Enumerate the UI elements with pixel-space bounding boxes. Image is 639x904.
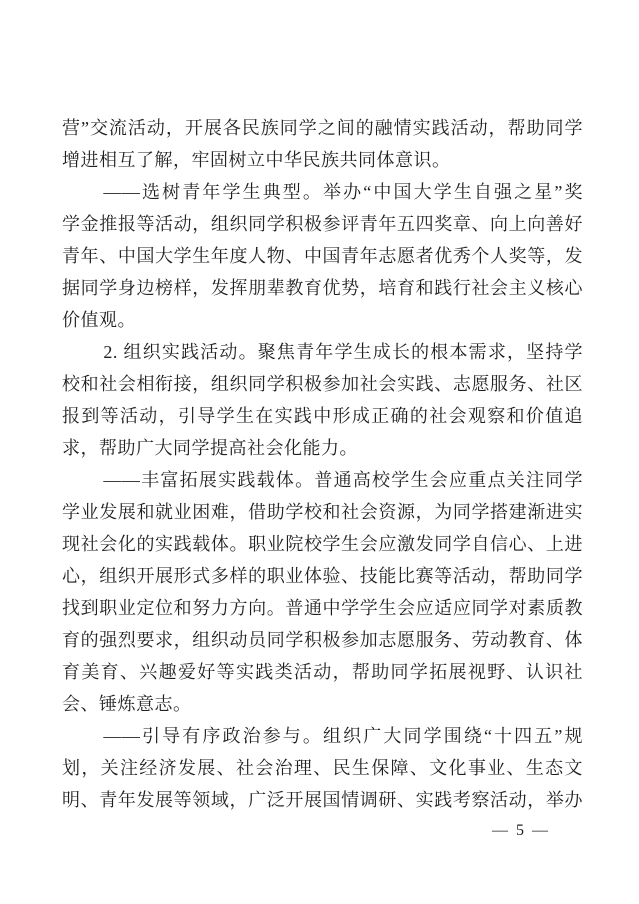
text-line: 营”交流活动，开展各民族同学之间的融情实践活动，帮助同学 (62, 112, 583, 144)
text-line: 找到职业定位和努力方向。普通中学学生会应适应同学对素质教 (62, 592, 583, 624)
text-line: 增进相互了解，牢固树立中华民族共同体意识。 (62, 144, 583, 176)
text-line: 2. 组织实践活动。聚焦青年学生成长的根本需求，坚持学 (62, 336, 583, 368)
text-line: ——选树青年学生典型。举办“中国大学生自强之星”奖 (62, 176, 583, 208)
text-line: 会、锤炼意志。 (62, 688, 583, 720)
text-line: 报到等活动，引导学生在实践中形成正确的社会观察和价值追 (62, 400, 583, 432)
page-number: — 5 — (492, 822, 550, 840)
text-line: 现社会化的实践载体。职业院校学生会应激发同学自信心、上进 (62, 528, 583, 560)
text-line: 校和社会相衔接，组织同学积极参加社会实践、志愿服务、社区 (62, 368, 583, 400)
text-line: 育的强烈要求，组织动员同学积极参加志愿服务、劳动教育、体 (62, 624, 583, 656)
text-line: 心，组织开展形式多样的职业体验、技能比赛等活动，帮助同学 (62, 560, 583, 592)
document-page: 营”交流活动，开展各民族同学之间的融情实践活动，帮助同学 增进相互了解，牢固树立… (0, 0, 639, 904)
text-line: 求，帮助广大同学提高社会化能力。 (62, 432, 583, 464)
text-line: 据同学身边榜样，发挥朋辈教育优势，培育和践行社会主义核心 (62, 272, 583, 304)
text-line: 学业发展和就业困难，借助学校和社会资源，为同学搭建渐进实 (62, 496, 583, 528)
text-line: 青年、中国大学生年度人物、中国青年志愿者优秀个人奖等，发 (62, 240, 583, 272)
text-line: 划，关注经济发展、社会治理、民生保障、文化事业、生态文 (62, 752, 583, 784)
text-line: 育美育、兴趣爱好等实践类活动，帮助同学拓展视野、认识社 (62, 656, 583, 688)
text-line: 学金推报等活动，组织同学积极参评青年五四奖章、向上向善好 (62, 208, 583, 240)
text-line: ——引导有序政治参与。组织广大同学围绕“十四五”规 (62, 720, 583, 752)
text-line: ——丰富拓展实践载体。普通高校学生会应重点关注同学的 (62, 464, 583, 496)
document-text-block: 营”交流活动，开展各民族同学之间的融情实践活动，帮助同学 增进相互了解，牢固树立… (62, 112, 583, 816)
text-line: 价值观。 (62, 304, 583, 336)
text-line: 明、青年发展等领域，广泛开展国情调研、实践考察活动，举办 (62, 784, 583, 816)
